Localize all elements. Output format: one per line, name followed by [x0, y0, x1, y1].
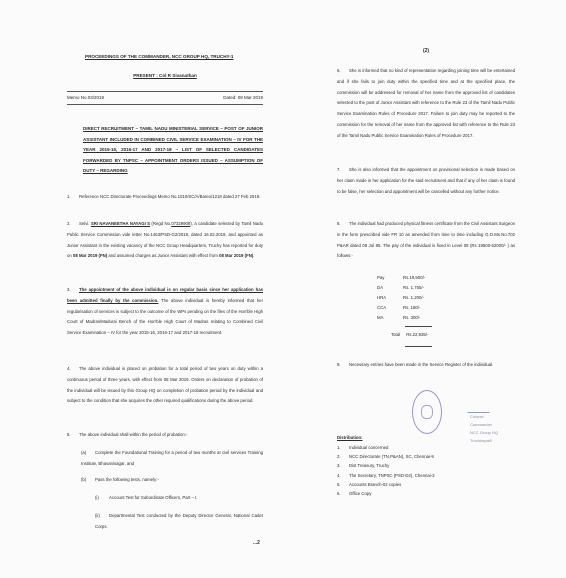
signature-block: Colonel Commander NCC Group HQ Truchirap… — [470, 398, 510, 445]
continued-marker: ...2 — [253, 538, 260, 549]
paragraph-1: 1.Reference NCC Directorate Proceedings … — [67, 192, 263, 203]
sub-item-b: (b)Pass the following tests, namely:- — [81, 475, 263, 486]
pay-row: CCARs. 180/- — [377, 303, 457, 313]
pay-row: HRARs. 1,200/- — [377, 293, 457, 303]
memo-row: Memo No.03/2019 Dated: 08 Mar 2019 — [67, 91, 263, 105]
regd-number: 07329908 — [171, 221, 190, 226]
paragraph-2: 2.Selvi. SRI NAVANEETHA NAYAGI S (Regd N… — [67, 219, 263, 262]
list-item: 1.Individual concerned — [337, 443, 457, 452]
proceedings-title: PROCEEDINGS OF THE COMMANDER, NCC GROUP … — [85, 52, 255, 63]
subject-heading: DIRECT RECRUITMENT – TAMIL NADU MINISTER… — [83, 124, 263, 177]
paragraph-7: 7.She is also informed that the appointm… — [337, 165, 515, 197]
memo-number: Memo No.03/2019 — [67, 94, 104, 102]
list-item: 6.Office Copy — [337, 489, 457, 498]
list-item: 2.NCC Directorate (TN,P&AN), SC, Chennai… — [337, 452, 457, 461]
signature-mark — [467, 398, 494, 413]
office-seal-stamp — [412, 390, 442, 434]
pay-divider — [405, 326, 432, 327]
paragraph-4: 4.The above individual is placed on prob… — [67, 364, 263, 407]
memo-date: Dated: 08 Mar 2019 — [223, 94, 263, 102]
pay-row: DARs. 1,755/- — [377, 283, 457, 293]
sub-item-a: (a)Complete the Foundational Training fo… — [81, 448, 263, 470]
paragraph-3: 3.The appointment of the above individua… — [67, 285, 263, 339]
pay-row: PayRs.19,500/- — [377, 273, 457, 283]
pay-row: MARs. 300/- — [377, 313, 457, 323]
page-1: PROCEEDINGS OF THE COMMANDER, NCC GROUP … — [67, 0, 263, 578]
list-item: 4.The Secretary, TNPSC (PSD-D2), Chennai… — [337, 471, 457, 480]
pay-divider — [405, 346, 432, 347]
present-line: PRESENT : Col R Sivanathan — [67, 71, 263, 82]
paragraph-8: 8.The individual had produced physical f… — [337, 219, 515, 262]
sub-sub-item-ii: (ii)Departmental Test conducted by the D… — [95, 511, 263, 533]
candidate-name: SRI NAVANEETHA NAYAGI S — [91, 221, 150, 226]
page-2: (2) 6.She is informed that no kind of re… — [337, 0, 515, 578]
list-item: 5.Accounts Branch-02 copies — [337, 480, 457, 489]
paragraph-5: 5.The above individual shall within the … — [67, 430, 263, 441]
pay-table: PayRs.19,500/- DARs. 1,755/- HRARs. 1,20… — [377, 273, 457, 323]
list-item: 3.Dist Treasury, Truchy — [337, 461, 457, 470]
paragraph-9: 9.Necessary entries have been made in th… — [337, 360, 515, 371]
pay-total: Total Rs.22,935/- — [391, 330, 428, 341]
paragraph-6: 6.She is informed that no kind of repres… — [337, 66, 515, 142]
distribution-title: Distribution: — [337, 433, 457, 443]
page-number: (2) — [337, 46, 515, 57]
sub-sub-item-i: (i)Account Test for Subordinate Officers… — [95, 493, 263, 504]
distribution-list: Distribution: 1.Individual concerned 2.N… — [337, 433, 457, 498]
